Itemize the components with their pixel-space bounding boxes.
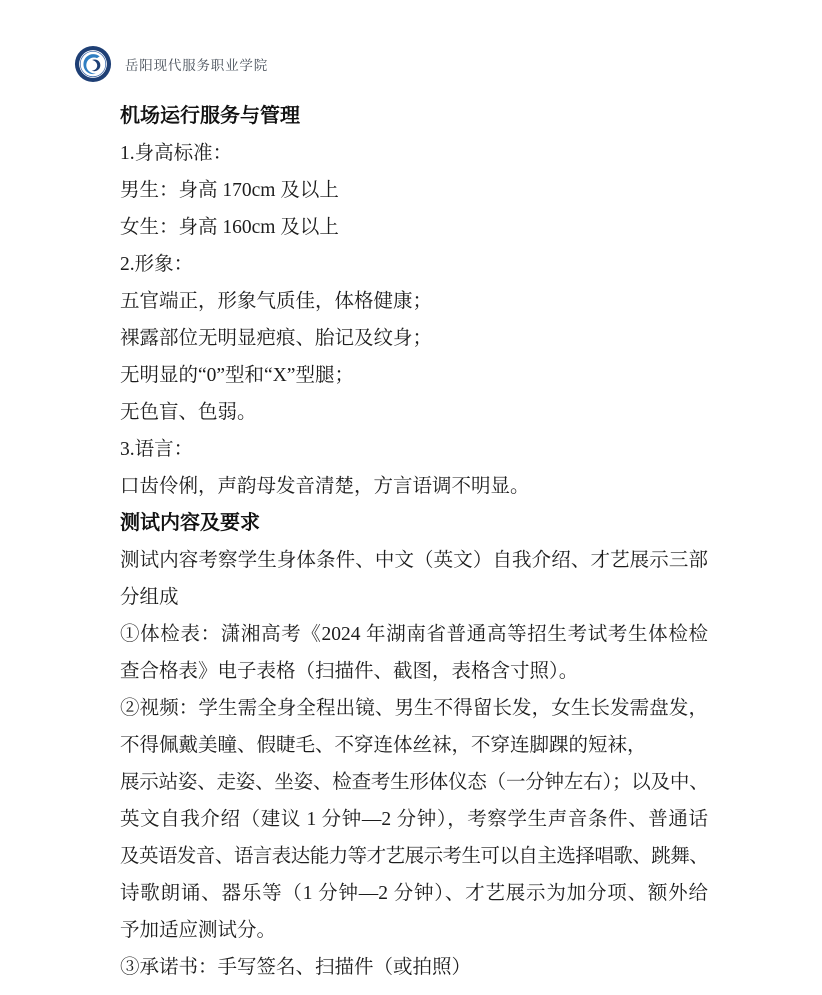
doc-line: 查合格表》电子表格（扫描件、截图，表格含寸照）。 [120,653,708,690]
doc-line: 无明显的“0”型和“X”型腿； [120,357,708,394]
doc-line: ③承诺书：手写签名、扫描件（或拍照） [120,949,708,986]
page-header: 岳阳现代服务职业学院 [74,45,268,83]
doc-line: 五官端正，形象气质佳，体格健康； [120,283,708,320]
doc-line: 及英语发音、语言表达能力等才艺展示考生可以自主选择唱歌、跳舞、 [120,838,708,875]
document-page: 岳阳现代服务职业学院 机场运行服务与管理 1.身高标准： 男生：身高 170cm… [0,0,822,995]
doc-line: 1.身高标准： [120,135,708,172]
section-heading: 测试内容及要求 [120,505,708,542]
doc-line: ①体检表：潇湘高考《2024 年湖南省普通高等招生考试考生体检检 [120,616,708,653]
doc-line: 男生：身高 170cm 及以上 [120,172,708,209]
doc-line: 不得佩戴美瞳、假睫毛、不穿连体丝袜，不穿连脚踝的短袜， [120,727,708,764]
doc-line: 分组成 [120,579,708,616]
doc-line: 口齿伶俐，声韵母发音清楚，方言语调不明显。 [120,468,708,505]
school-logo-icon [74,45,112,83]
doc-line: 予加适应测试分。 [120,912,708,949]
doc-line: 裸露部位无明显疤痕、胎记及纹身； [120,320,708,357]
doc-line: 诗歌朗诵、器乐等（1 分钟—2 分钟）、才艺展示为加分项、额外给 [120,875,708,912]
section-heading: 机场运行服务与管理 [120,98,708,135]
doc-line: 无色盲、色弱。 [120,394,708,431]
doc-line: 展示站姿、走姿、坐姿、检查考生形体仪态（一分钟左右）；以及中、 [120,764,708,801]
doc-line: 女生：身高 160cm 及以上 [120,209,708,246]
school-name: 岳阳现代服务职业学院 [125,54,268,74]
document-body: 机场运行服务与管理 1.身高标准： 男生：身高 170cm 及以上 女生：身高 … [120,98,708,986]
doc-line: 3.语言： [120,431,708,468]
doc-line: 英文自我介绍（建议 1 分钟—2 分钟），考察学生声音条件、普通话 [120,801,708,838]
doc-line: 2.形象： [120,246,708,283]
doc-line: 测试内容考察学生身体条件、中文（英文）自我介绍、才艺展示三部 [120,542,708,579]
doc-line: ②视频：学生需全身全程出镜、男生不得留长发，女生长发需盘发， [120,690,708,727]
